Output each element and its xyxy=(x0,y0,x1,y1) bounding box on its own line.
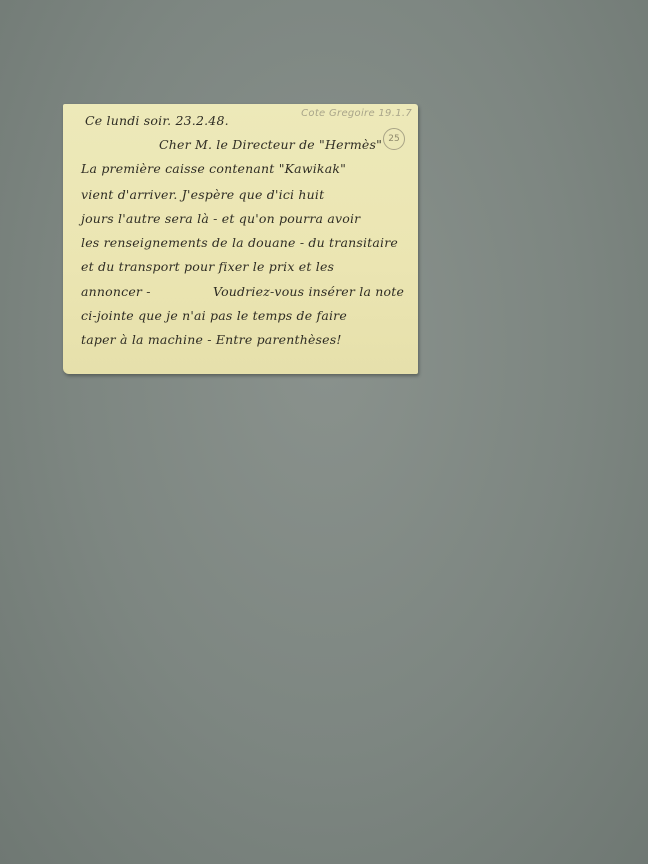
body-line-3: jours l'autre sera là - et qu'on pourra … xyxy=(81,211,360,226)
body-line-8: taper à la machine - Entre parenthèses! xyxy=(81,332,342,347)
body-line-2: vient d'arriver. J'espère que d'ici huit xyxy=(81,187,324,202)
body-line-6: annoncer - xyxy=(81,284,151,299)
date-line: Ce lundi soir. 23.2.48. xyxy=(85,113,229,128)
archival-mount-board: Cote Gregoire 19.1.7 25 Ce lundi soir. 2… xyxy=(0,0,648,864)
body-line-7: ci-jointe que je n'ai pas le temps de fa… xyxy=(81,308,347,323)
body-line-1: La première caisse contenant "Kawikak" xyxy=(81,161,346,176)
body-line-4: les renseignements de la douane - du tra… xyxy=(81,235,398,250)
body-line-6-continuation: Voudriez-vous insérer la note xyxy=(213,284,404,299)
body-line-5: et du transport pour fixer le prix et le… xyxy=(81,259,334,274)
folio-number-circle: 25 xyxy=(383,128,405,150)
archive-reference-annotation: Cote Gregoire 19.1.7 xyxy=(301,108,412,119)
salutation: Cher M. le Directeur de "Hermès" xyxy=(159,137,382,152)
handwritten-note-card: Cote Gregoire 19.1.7 25 Ce lundi soir. 2… xyxy=(63,104,418,374)
